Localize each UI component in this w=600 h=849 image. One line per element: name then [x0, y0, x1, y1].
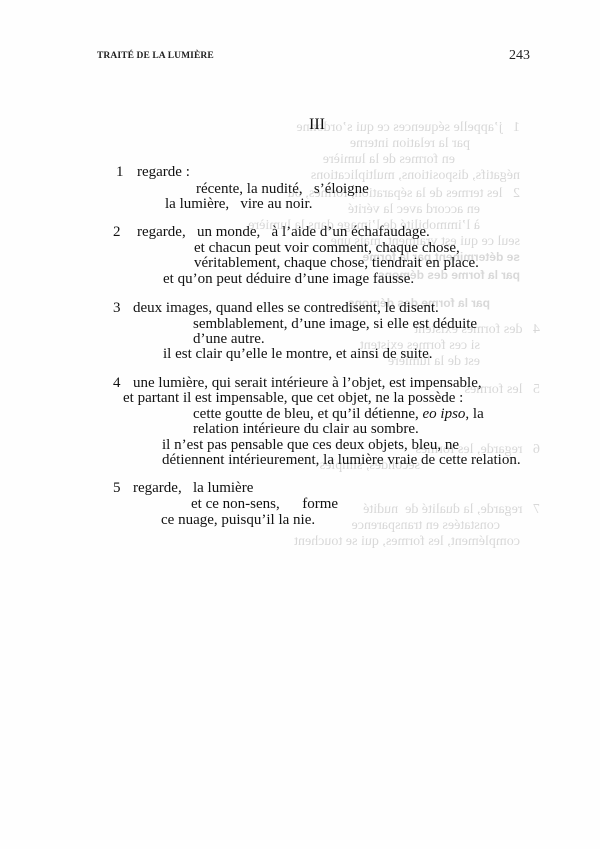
verse-line: détiennent intérieurement, la lumière vr… — [162, 452, 521, 468]
bleed-through-text: constatées en transparence — [352, 518, 500, 533]
stanza-number: 2 — [113, 224, 121, 240]
verse-line: et chacun peut voir comment, chaque chos… — [194, 240, 460, 256]
bleed-through-text: complément, les formes, qui se touchent — [294, 534, 520, 549]
stanza-number: 3 — [113, 300, 121, 316]
page-number: 243 — [509, 48, 530, 64]
verse-line: une lumière, qui serait intérieure à l’o… — [133, 375, 482, 391]
verse-line: ce nuage, puisqu’il la nie. — [161, 512, 315, 528]
latin-phrase: eo ipso — [423, 406, 466, 422]
verse-line: deux images, quand elles se contredisent… — [133, 300, 439, 316]
verse-line: d’une autre. — [193, 331, 265, 347]
verse-line: relation intérieure du clair au sombre. — [193, 421, 419, 437]
verse-line: regarde, un monde, à l’aide d’un échafau… — [137, 224, 430, 240]
bleed-through-text: par la relation interne — [350, 136, 470, 151]
verse-line: regarde : — [137, 164, 190, 180]
verse-line: et ce non-sens, forme — [191, 496, 338, 512]
bleed-through-text: en formes de la lumière — [323, 152, 455, 167]
verse-line: il est clair qu’elle le montre, et ainsi… — [163, 346, 433, 362]
verse-line: récente, la nudité, s’éloigne — [196, 181, 369, 197]
section-title: III — [309, 116, 325, 134]
verse-line: semblablement, d’une image, si elle est … — [193, 316, 477, 332]
verse-line: et qu’on peut déduire d’une image fausse… — [163, 271, 414, 287]
verse-line: la lumière, vire au noir. — [165, 196, 312, 212]
verse-line: et partant il est impensable, que cet ob… — [123, 390, 463, 406]
verse-line: cette goutte de bleu, et qu’il détienne,… — [193, 406, 484, 422]
running-title: Traité de la lumière — [97, 51, 214, 61]
bleed-through-text: en accord avec la vérité — [348, 202, 480, 217]
bleed-through-text: 7 regarde, la dualité de nudité — [363, 502, 540, 517]
verse-line: il n’est pas pensable que ces deux objet… — [162, 437, 459, 453]
bleed-through-text: 1 j’appelle séquences ce qui s’ordonne — [296, 120, 520, 135]
document-page: 1 j’appelle séquences ce qui s’ordonne p… — [0, 0, 600, 849]
verse-line: véritablement, chaque chose, tiendrait e… — [194, 255, 479, 271]
stanza-number: 5 — [113, 480, 121, 496]
stanza-number: 1 — [116, 164, 124, 180]
verse-text: , la — [465, 406, 483, 422]
verse-line: regarde, la lumière — [133, 480, 253, 496]
verse-text: cette goutte de bleu, et qu’il détienne, — [193, 406, 423, 422]
stanza-number: 4 — [113, 375, 121, 391]
